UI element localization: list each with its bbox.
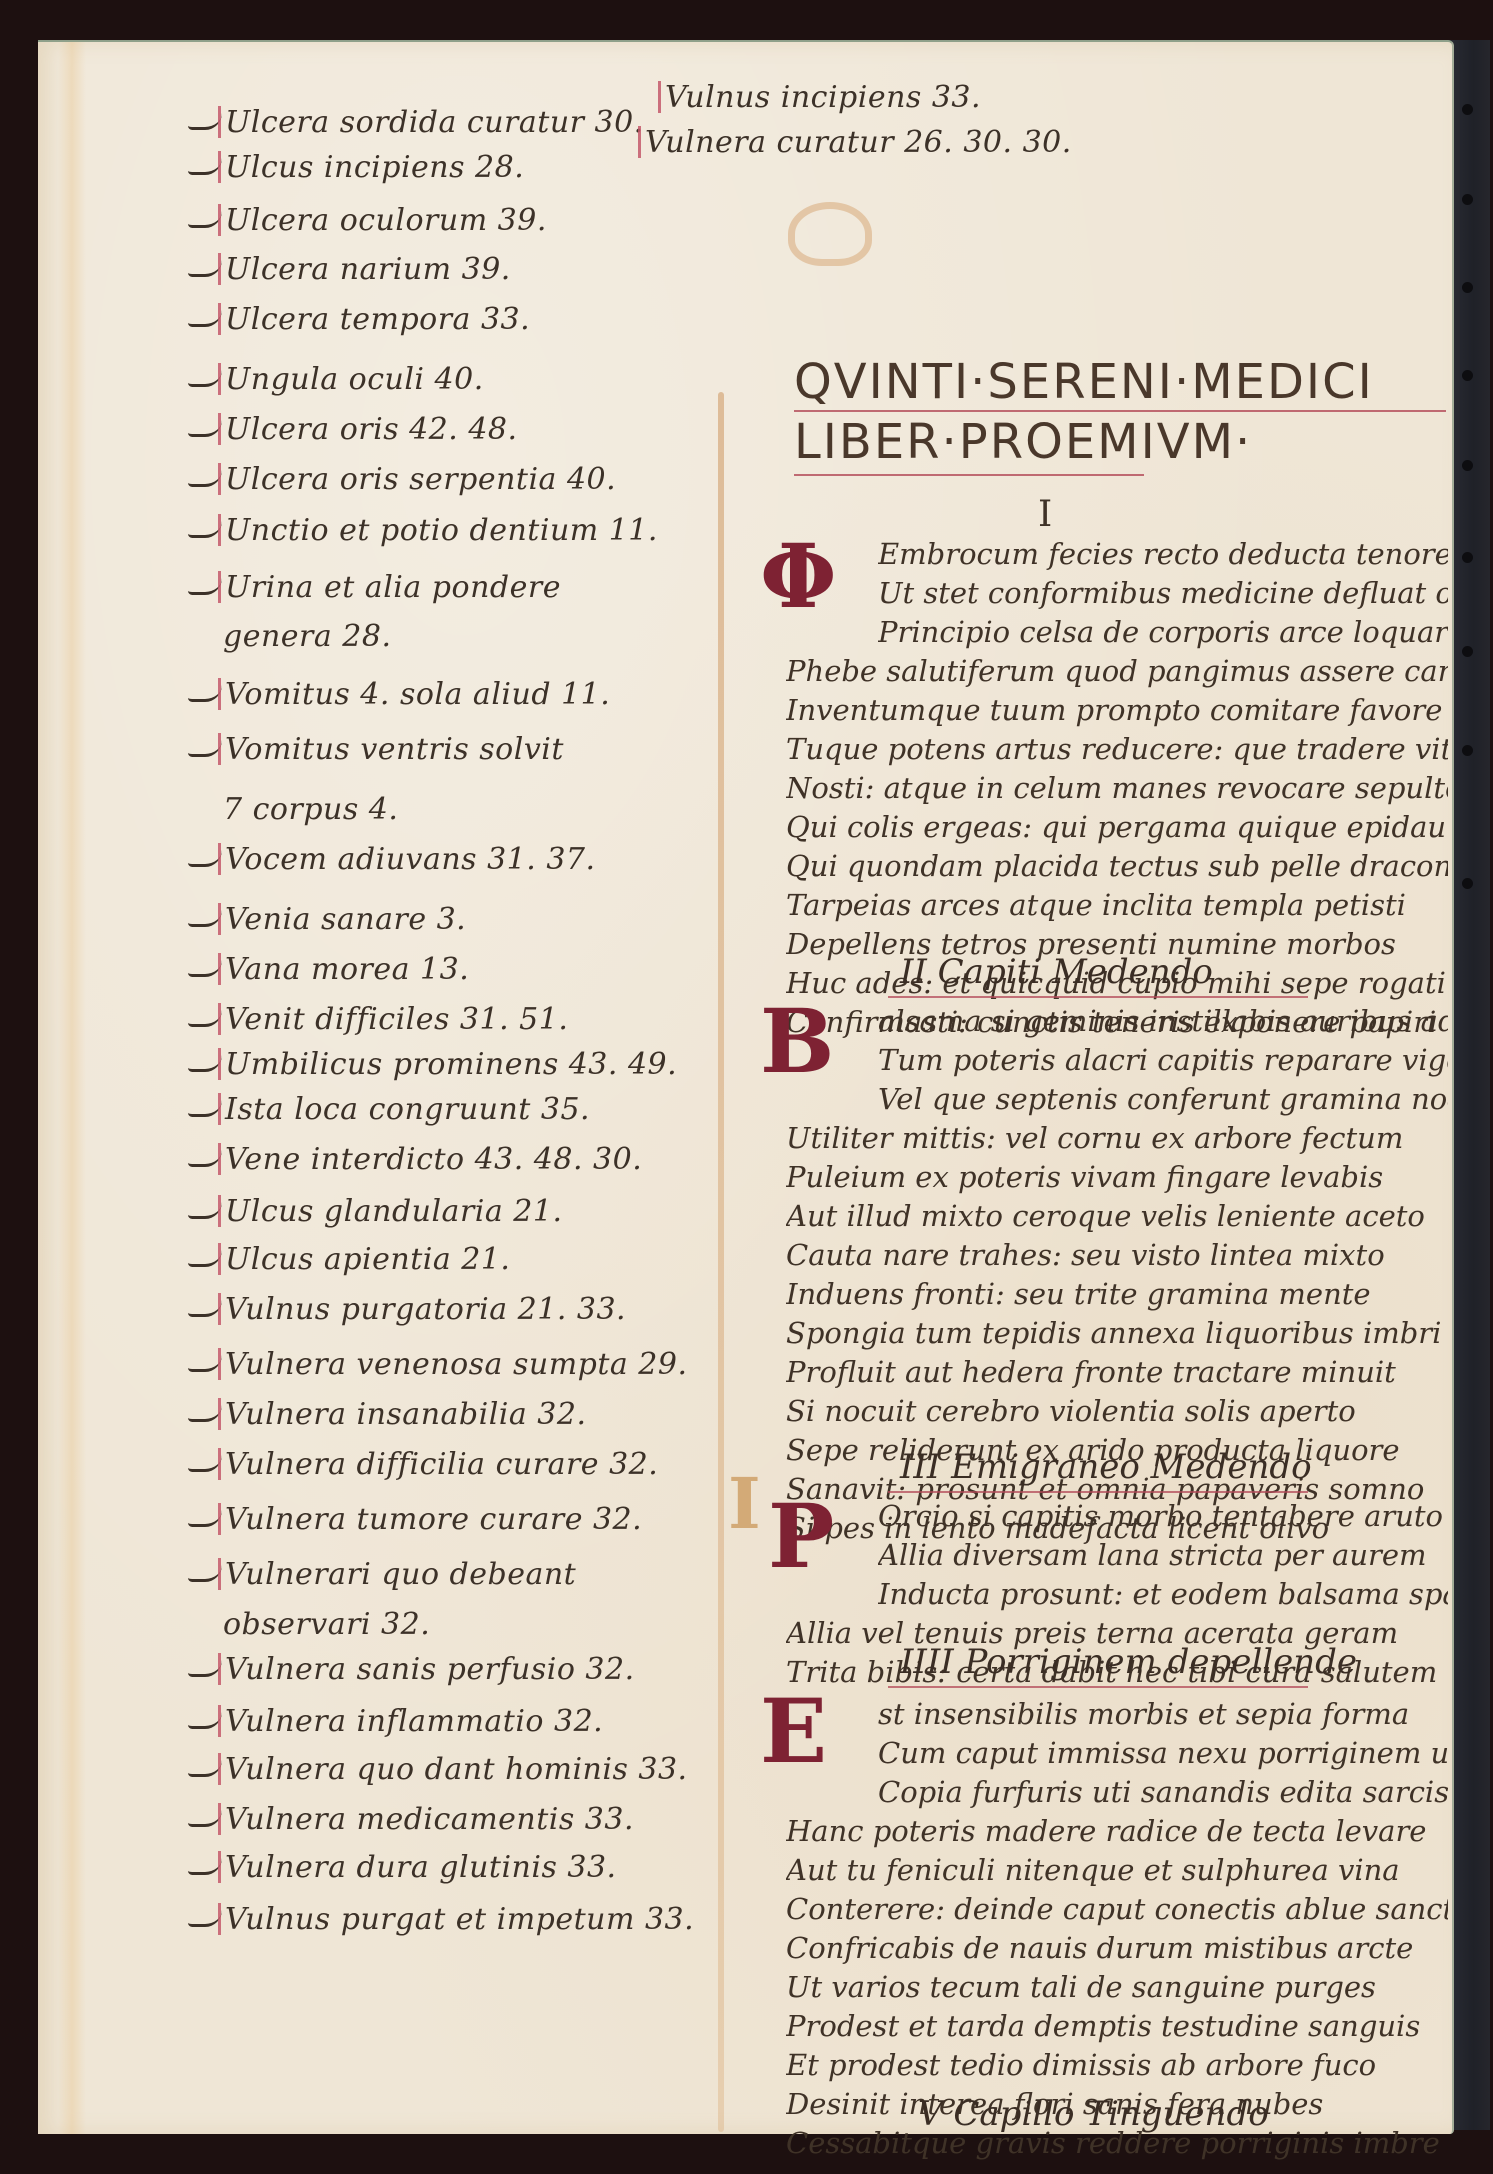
flourish-stroke xyxy=(188,685,222,702)
flourish-stroke xyxy=(188,1810,222,1827)
rubric-tick xyxy=(218,253,221,285)
verse-line: Et prodest tedio dimissis ab arbore fuco xyxy=(786,2048,1448,2082)
flourish-stroke xyxy=(188,1910,222,1927)
section-heading: II Capiti Medendo xyxy=(900,952,1213,992)
verse-line: Ut stet conformibus medicine defluat ore xyxy=(878,576,1448,610)
flourish-stroke xyxy=(188,1100,222,1117)
rubric-tick xyxy=(218,1903,221,1935)
rubric-tick xyxy=(218,463,221,495)
title-rule xyxy=(794,410,1446,412)
binding-hole xyxy=(1462,878,1473,889)
verse-line: Nosti: atque in celum manes revocare sep… xyxy=(786,771,1448,805)
flourish-stroke xyxy=(188,740,222,757)
index-entry: Ulcera tempora33. xyxy=(188,302,530,337)
flourish-stroke xyxy=(188,1355,222,1372)
verse-line: Ut varios tecum tali de sanguine purges xyxy=(786,1970,1448,2004)
verse-line: st insensibilis morbis et sepia forma xyxy=(878,1697,1448,1731)
heading-rule xyxy=(888,1686,1308,1688)
rubric-tick xyxy=(218,514,221,546)
rubric-tick xyxy=(218,903,221,935)
verse-line: Allia diversam lana stricta per aurem xyxy=(878,1538,1448,1572)
index-entry: Ulcera narium39. xyxy=(188,252,511,287)
flourish-stroke xyxy=(188,1250,222,1267)
rubric-tick xyxy=(218,1398,221,1430)
verse-line: Vel que septenis conferunt gramina nodis xyxy=(878,1082,1448,1116)
binding-hole xyxy=(1462,552,1473,563)
flourish-stroke xyxy=(188,1565,222,1582)
index-entry: Urina et alia pondere xyxy=(188,570,571,605)
rubric-tick xyxy=(218,204,221,236)
rubric-tick xyxy=(218,363,221,395)
rubric-tick xyxy=(218,733,221,765)
verse-line: Orcio si capitis morbo tentabere aruto xyxy=(878,1499,1448,1533)
rubric-tick xyxy=(218,413,221,445)
flourish-stroke xyxy=(188,1510,222,1527)
verse-line: Utiliter mittis: vel cornu ex arbore fec… xyxy=(786,1121,1448,1155)
flourish-stroke xyxy=(188,470,222,487)
flourish-stroke xyxy=(188,521,222,538)
rubric-tick xyxy=(218,1503,221,1535)
binding-hole xyxy=(1462,745,1473,756)
flourish-stroke xyxy=(188,420,222,437)
index-entry: Vulnus incipiens33. xyxy=(658,80,981,115)
binding-hole xyxy=(1462,194,1473,205)
stain-ornament xyxy=(788,202,872,266)
index-entry: Vomitus ventris solvit xyxy=(188,732,574,767)
verse-line: Principio celsa de corporis arce loquar xyxy=(878,615,1448,649)
verse-line: Prodest et tarda demptis testudine sangu… xyxy=(786,2009,1448,2043)
index-entry: Vulnera quo dant hominis33. xyxy=(188,1752,688,1787)
rubricated-initial: E xyxy=(760,1687,827,1775)
heading-rule xyxy=(888,1491,1308,1493)
index-entry: Venia sanare3. xyxy=(188,902,466,937)
flourish-stroke xyxy=(188,260,222,277)
rubric-tick xyxy=(218,1448,221,1480)
verse-line: Inventumque tuum prompto comitare favore xyxy=(786,693,1448,727)
rubric-tick xyxy=(218,303,221,335)
rubric-tick xyxy=(218,1293,221,1325)
rubric-tick xyxy=(218,1705,221,1737)
rubric-tick xyxy=(218,1143,221,1175)
rubric-tick xyxy=(218,151,221,183)
verse-line: Induens fronti: seu trite gramina mente xyxy=(786,1277,1448,1311)
verse-line: Aut tu feniculi nitenque et sulphurea vi… xyxy=(786,1853,1448,1887)
flourish-stroke xyxy=(188,113,222,130)
binding-hole xyxy=(1462,460,1473,471)
verse-line: Inducta prosunt: et eodem balsama sparso xyxy=(878,1577,1448,1611)
rubric-tick xyxy=(218,1048,221,1080)
flourish-stroke xyxy=(188,1300,222,1317)
verse-line: Tuque potens artus reducere: que tradere… xyxy=(786,732,1448,766)
verse-line: Aut illud mixto ceroque velis leniente a… xyxy=(786,1199,1448,1233)
verse-line: Conterere: deinde caput conectis ablue s… xyxy=(786,1892,1448,1926)
rubric-tick xyxy=(218,1348,221,1380)
section-heading-next: V Capillo Tinguendo xyxy=(918,2094,1269,2134)
rubric-tick xyxy=(218,1195,221,1227)
verse-line: Confricabis de nauis durum mistibus arct… xyxy=(786,1931,1448,1965)
index-entry: Vulnera insanabilia32. xyxy=(188,1397,587,1432)
work-title-line-2: LIBER·PROEMIVM· xyxy=(794,414,1252,470)
index-entry: Vulnera tumore curare32. xyxy=(188,1502,642,1537)
chapter-number: I xyxy=(1038,494,1052,535)
index-entry: Vocem adiuvans31. 37. xyxy=(188,842,596,877)
index-entry: Ulcera oris42. 48. xyxy=(188,412,518,447)
rubric-tick xyxy=(218,1558,221,1590)
rubric-tick xyxy=(218,678,221,710)
flourish-stroke xyxy=(188,1055,222,1072)
index-entry-continuation: genera28. xyxy=(223,619,391,654)
verse-line: Profluit aut hedera fronte tractare minu… xyxy=(786,1355,1448,1389)
verse-line: alsama si geminis instillabis auribus ad… xyxy=(878,1004,1448,1038)
flourish-stroke xyxy=(188,1010,222,1027)
rubricated-initial: P xyxy=(768,1492,834,1580)
index-entry: Vulnera medicamentis33. xyxy=(188,1802,634,1837)
binding-hole xyxy=(1462,646,1473,657)
index-entry: Ulcus glandularia21. xyxy=(188,1194,562,1229)
rubric-tick xyxy=(218,1803,221,1835)
index-entry: Ulcus apientia21. xyxy=(188,1242,510,1277)
index-entry: Unctio et potio dentium11. xyxy=(188,513,658,548)
rubricated-initial: B xyxy=(760,997,834,1085)
rubric-tick xyxy=(218,1851,221,1883)
index-entry: Vulnera venenosa sumpta29. xyxy=(188,1347,688,1382)
index-entry: Venit difficiles31. 51. xyxy=(188,1002,568,1037)
center-column-rule xyxy=(718,392,724,2132)
flourish-stroke xyxy=(188,370,222,387)
flourish-stroke xyxy=(188,1712,222,1729)
verse-line: Spongia tum tepidis annexa liquoribus im… xyxy=(786,1316,1448,1350)
title-rule xyxy=(794,474,1144,476)
index-entry: Umbilicus prominens43. 49. xyxy=(188,1047,677,1082)
verse-line: Copia furfuris uti sanandis edita sarcis xyxy=(878,1775,1448,1809)
binding-hole xyxy=(1462,370,1473,381)
flourish-stroke xyxy=(188,960,222,977)
flourish-stroke xyxy=(188,1858,222,1875)
rubric-tick xyxy=(218,953,221,985)
flourish-stroke xyxy=(188,310,222,327)
gutter-stain xyxy=(58,42,86,2134)
verse-line: Tarpeias arces atque inclita templa peti… xyxy=(786,888,1448,922)
index-entry: Vene interdicto43. 48. 30. xyxy=(188,1142,642,1177)
index-entry: Vulnera inflammatio32. xyxy=(188,1704,603,1739)
flourish-stroke xyxy=(188,850,222,867)
flourish-stroke xyxy=(188,1660,222,1677)
rubric-tick xyxy=(218,1753,221,1785)
rubric-tick xyxy=(658,81,661,113)
section-heading: III Emigraneo Medendo xyxy=(900,1447,1312,1487)
flourish-stroke xyxy=(188,1405,222,1422)
index-entry: Vulnera difficilia curare32. xyxy=(188,1447,658,1482)
verse-line: Cauta nare trahes: seu visto lintea mixt… xyxy=(786,1238,1448,1272)
rubricated-initial: Φ xyxy=(760,532,837,620)
index-entry: Vana morea13. xyxy=(188,952,469,987)
index-entry: Ulcera oculorum39. xyxy=(188,203,547,238)
rubric-tick xyxy=(218,1243,221,1275)
rubric-tick xyxy=(218,571,221,603)
index-entry: Ulcera sordida curatur30. xyxy=(188,105,644,140)
rubric-tick xyxy=(218,843,221,875)
rubric-tick xyxy=(218,1093,221,1125)
verse-line: Qui quondam placida tectus sub pelle dra… xyxy=(786,849,1448,883)
index-entry: Ulcera oris serpentia40. xyxy=(188,462,616,497)
index-entry: Vulnera sanis perfusio32. xyxy=(188,1652,635,1687)
verse-line: Phebe salutiferum quod pangimus assere c… xyxy=(786,654,1448,688)
index-entry: Vulnerari quo debeant xyxy=(188,1557,586,1592)
flourish-stroke xyxy=(188,1202,222,1219)
flourish-stroke xyxy=(188,158,222,175)
flourish-stroke xyxy=(188,578,222,595)
flourish-stroke xyxy=(188,211,222,228)
rubric-tick xyxy=(638,126,641,158)
index-entry: Ulcus incipiens28. xyxy=(188,150,524,185)
verse-line: Qui colis ergeas: qui pergama quique epi… xyxy=(786,810,1448,844)
rubric-tick xyxy=(218,106,221,138)
flourish-stroke xyxy=(188,1455,222,1472)
index-entry: Vulnus purgat et impetum33. xyxy=(188,1902,694,1937)
index-entry-continuation: observari32. xyxy=(223,1607,430,1642)
flourish-stroke xyxy=(188,1150,222,1167)
index-entry: Ungula oculi40. xyxy=(188,362,484,397)
section-heading: IIII Porriginem depellende xyxy=(900,1642,1357,1682)
index-entry-continuation: 7 corpus4. xyxy=(223,792,398,827)
index-entry: Vulnera dura glutinis33. xyxy=(188,1850,617,1885)
flourish-stroke xyxy=(188,1760,222,1777)
offset-initial-stain: I xyxy=(728,1462,761,1545)
verse-line: Si nocuit cerebro violentia solis aperto xyxy=(786,1394,1448,1428)
manuscript-page: I Ulcera sordida curatur30.Ulcus incipie… xyxy=(38,40,1454,2134)
flourish-stroke xyxy=(188,910,222,927)
rubric-tick xyxy=(218,1653,221,1685)
index-entry: Vomitus4. sola aliud 11. xyxy=(188,677,610,712)
verse-line: Tum poteris alacri capitis reparare vigo… xyxy=(878,1043,1448,1077)
verse-line: Hanc poteris madere radice de tecta leva… xyxy=(786,1814,1448,1848)
heading-rule xyxy=(888,996,1308,998)
work-title-line-1: QVINTI·SERENI·MEDICI xyxy=(794,354,1374,410)
index-entry: Vulnera curatur26. 30. 30. xyxy=(638,125,1072,160)
rubric-tick xyxy=(218,1003,221,1035)
verse-line: Cum caput immissa nexu porriginem urget xyxy=(878,1736,1448,1770)
index-entry: Ista loca congruunt35. xyxy=(188,1092,590,1127)
index-entry: Vulnus purgatoria21. 33. xyxy=(188,1292,626,1327)
binding-hole xyxy=(1462,104,1473,115)
verse-line: Embrocum fecies recto deducta tenore xyxy=(878,537,1448,571)
binding-hole xyxy=(1462,282,1473,293)
verse-line: Puleium ex poteris vivam fingare levabis xyxy=(786,1160,1448,1194)
book-binding-strip xyxy=(1448,40,1490,2130)
